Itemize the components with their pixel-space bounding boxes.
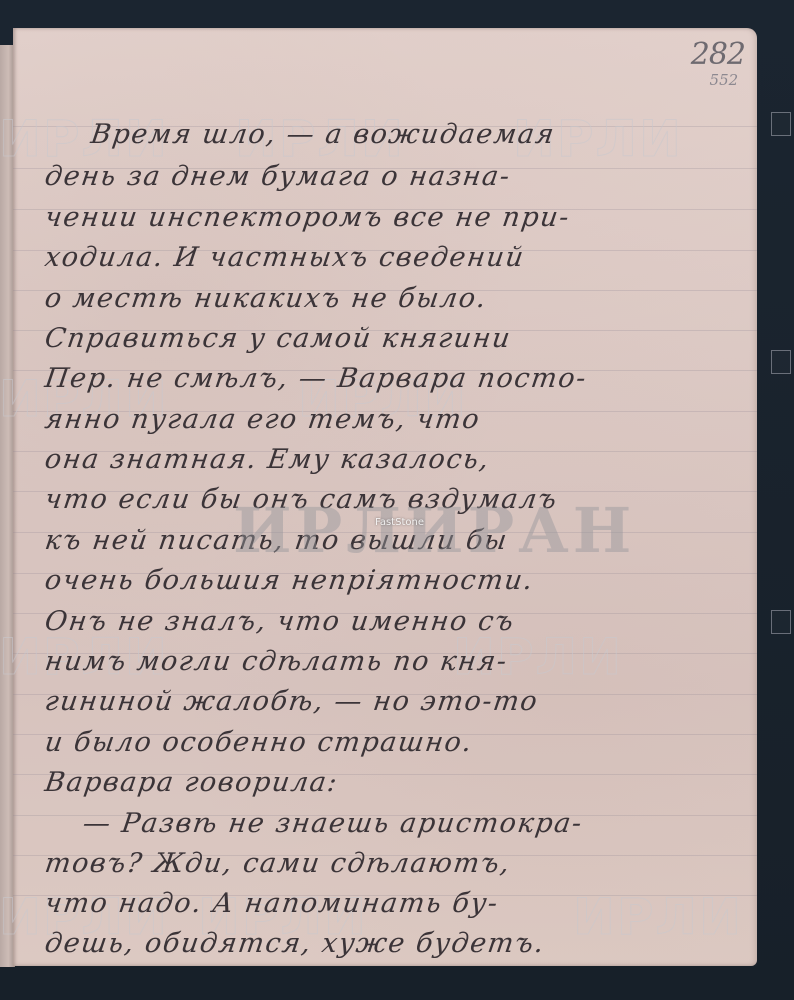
manuscript-line: Время шло, — а вожидаемая (89, 120, 557, 150)
manuscript-line: дешь, обидятся, хуже будетъ. (43, 929, 547, 959)
manuscript-line: она знатная. Ему казалось, (43, 445, 492, 475)
manuscript-line: нимъ могли сдѣлать по кня- (43, 647, 510, 677)
manuscript-page: 282 552 ИРЛИ ИРЛИ ИРЛИ ИРЛИ ИРЛИ ИРЛИ ИР… (13, 28, 757, 966)
manuscript-line: и было особенно страшно. (43, 728, 475, 758)
manuscript-line: — Развѣ не знаешь аристокра- (81, 809, 585, 839)
manuscript-line: ходила. И частныхъ сведений (43, 243, 527, 273)
edge-watermark-fragment (771, 112, 791, 136)
manuscript-line: янно пугала его темъ, что (43, 405, 482, 435)
edge-watermark-fragment (771, 350, 791, 374)
manuscript-line: о местѣ никакихъ не было. (43, 284, 489, 314)
manuscript-line: чении инспекторомъ все не при- (43, 203, 572, 233)
manuscript-line: что если бы онъ самъ вздумалъ (43, 485, 560, 515)
manuscript-line: къ ней писать, то вышли бы (43, 526, 510, 556)
manuscript-line: Справиться у самой княгини (43, 324, 513, 354)
manuscript-line: товъ? Жди, сами сдѣлаютъ, (43, 849, 513, 879)
manuscript-line: что надо. А напоминать бу- (43, 889, 501, 919)
manuscript-line: Пер. не смѣлъ, — Варвара посто- (43, 364, 589, 394)
manuscript-line: Онъ не зналъ, что именно съ (43, 607, 517, 637)
manuscript-line: очень большия непріятности. (43, 566, 536, 596)
manuscript-line: день за днем бумага о назна- (43, 162, 513, 192)
manuscript-line: гининой жалобѣ, — но это-то (43, 687, 541, 717)
manuscript-line: Варвара говорила: (43, 768, 340, 798)
edge-watermark-fragment (771, 610, 791, 634)
handwritten-text: Время шло, — а вожидаемая день за днем б… (13, 28, 757, 966)
manuscript-scan: 282 552 ИРЛИ ИРЛИ ИРЛИ ИРЛИ ИРЛИ ИРЛИ ИР… (0, 0, 794, 1000)
